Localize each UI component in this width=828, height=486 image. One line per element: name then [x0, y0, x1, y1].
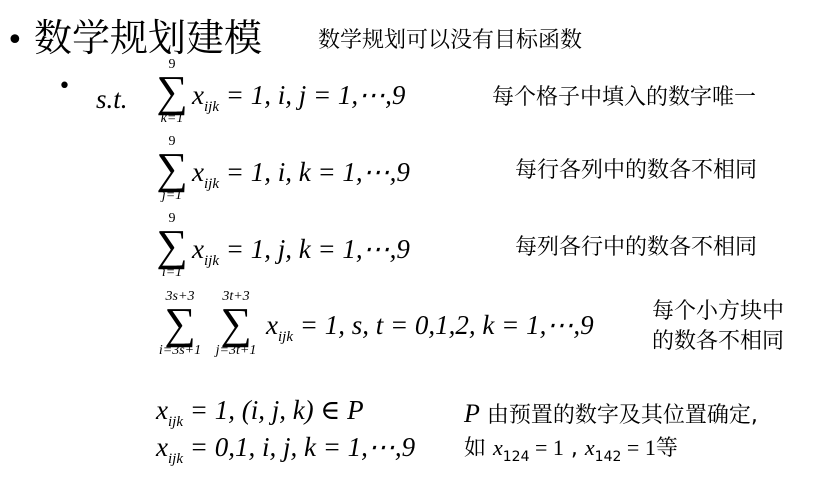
preset-note-line1: P 由预置的数字及其位置确定, [464, 400, 758, 430]
constraint-note: 每行各列中的数各不相同 [515, 157, 757, 185]
constraint-expression: xijk = 1, s, t = 0,1,2, k = 1,⋯,9 [266, 310, 594, 341]
sub-bullet: • [58, 76, 71, 98]
constraint-expression: xijk = 1, j, k = 1,⋯,9 [192, 234, 410, 265]
sum-symbol-j: 3t+3 ∑ j=3t+1 [208, 290, 264, 358]
sum-lower-limit: i=3s+1 [152, 344, 208, 358]
constraint-expression: xijk = 1, i, k = 1,⋯,9 [192, 157, 410, 188]
slide-title: 数学规划建模 [34, 16, 262, 60]
preset-note-line2: 如 x124 = 1 , x142 = 1等 [464, 434, 678, 463]
constraint-expression: xijk = 1, i, j = 1,⋯,9 [192, 80, 405, 111]
sum-symbol-i: 3s+3 ∑ i=3s+1 [152, 290, 208, 358]
slide-subtitle: 数学规划可以没有目标函数 [318, 26, 582, 56]
sum-lower-limit: k=1 [156, 112, 188, 126]
constraint-note: 每列各行中的数各不相同 [515, 234, 757, 262]
preset-constraint: xijk = 1, (i, j, k) ∈ P [156, 395, 364, 426]
title-bullet: • [6, 26, 24, 56]
sum-symbol: 9 ∑ j=1 [156, 135, 188, 203]
sum-lower-limit: j=3t+1 [208, 344, 264, 358]
constraint-note-line1: 每个小方块中 [652, 298, 784, 326]
constraint-note-line2: 的数各不相同 [652, 328, 784, 356]
st-label: s.t. [96, 84, 128, 115]
sum-symbol: 9 ∑ k=1 [156, 58, 188, 126]
binary-constraint: xijk = 0,1, i, j, k = 1,⋯,9 [156, 432, 415, 463]
sum-symbol: 9 ∑ i=1 [156, 212, 188, 280]
constraint-note: 每个格子中填入的数字唯一 [492, 84, 756, 112]
